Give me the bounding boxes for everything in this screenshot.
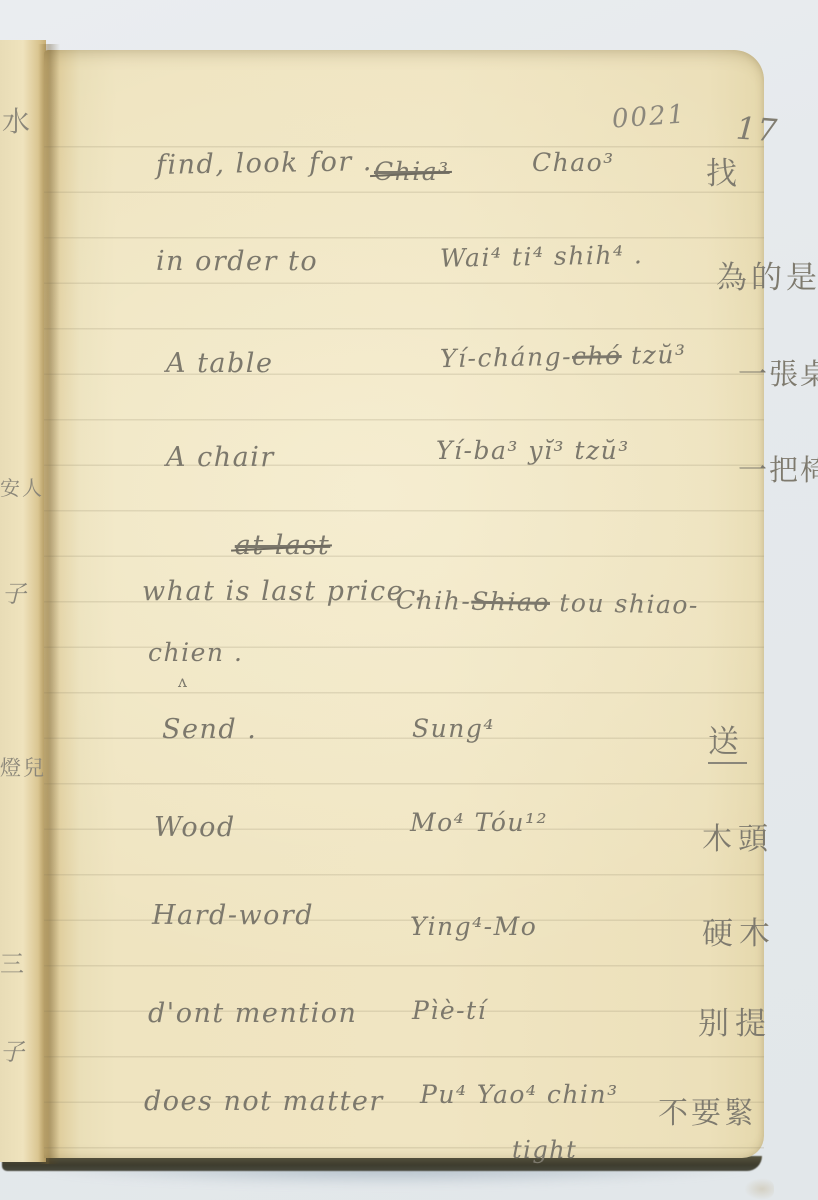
row-chinese: 木頭 (702, 814, 774, 858)
row-pinyin: Pu⁴ Yao⁴ chin³ (420, 1080, 619, 1109)
row-chinese: 不要緊 (658, 1088, 757, 1132)
margin-fragment: 水 (2, 100, 32, 140)
row-chinese: 找 (706, 148, 745, 193)
page-stack-edge (2, 1156, 762, 1171)
row-chinese: 一張桌子 (738, 352, 818, 393)
row-pinyin-struck: Shiao (471, 587, 550, 617)
row-english: A table (166, 348, 273, 379)
notebook-page: 0021 17 find, look for . Chia³ Chao³ 找 i… (44, 50, 764, 1158)
row-pinyin: Mo⁴ Tóu¹² (410, 808, 548, 837)
row-english: in order to (156, 246, 318, 277)
row-english: what is last price . (142, 576, 424, 607)
row-english: does not matter (144, 1086, 384, 1117)
row-chinese: 别提 (698, 998, 772, 1043)
row-pinyin: Sung⁴ (412, 714, 495, 743)
row-english: d'ont mention (148, 998, 357, 1029)
row-pinyin-post: tou shiao- (550, 588, 699, 620)
row-pinyin-struck: chó (572, 341, 622, 371)
corner-wear-mark (744, 1178, 774, 1200)
row-pinyin-post: tzŭ³ (621, 340, 686, 370)
margin-fragment: 子 (0, 1032, 26, 1067)
row-pinyin: Pìè-tí (412, 996, 487, 1025)
insertion-caret: ʌ (178, 672, 187, 691)
gutter-crease (38, 44, 60, 1164)
row-english: Hard-word (152, 900, 314, 931)
row-pinyin-struck: Chia³ (374, 157, 450, 186)
row-english: Send . (162, 714, 257, 745)
notebook-scan: 0021 17 find, look for . Chia³ Chao³ 找 i… (0, 0, 818, 1200)
archive-stamp: 0021 (611, 99, 687, 134)
row-pinyin: Yí-cháng-chó tzŭ³ (440, 340, 687, 373)
row-english: A chair (166, 442, 275, 473)
row-chinese: 送 (708, 716, 747, 764)
row-pinyin: Chih-Shiao tou shiao- (396, 585, 699, 619)
gloss-annotation: tight (512, 1136, 577, 1164)
row-pinyin-pre: Yí-cháng- (440, 342, 573, 373)
ruled-lines (44, 102, 764, 1152)
margin-fragment: 安人 (0, 472, 44, 501)
margin-fragment: 子 (2, 574, 28, 609)
margin-fragment: 三 (0, 944, 26, 979)
row-pinyin: Chao³ (532, 148, 615, 177)
row-pinyin: Ying⁴-Mo (410, 912, 537, 941)
row-pinyin: Yí-ba³ yĭ³ tzŭ³ (436, 436, 630, 465)
row-chinese: 一把椅子 (738, 448, 818, 489)
row-english-struck: at last (235, 530, 330, 561)
row-chinese: 為的是 (716, 252, 818, 297)
page-number: 17 (735, 111, 780, 150)
row-pinyin-line2: chien . (148, 638, 243, 667)
row-pinyin-pre: Chih- (396, 585, 472, 615)
row-chinese: 硬木 (702, 908, 776, 953)
row-pinyin: Wai⁴ ti⁴ shih⁴ . (440, 240, 644, 273)
margin-fragment: 燈兒 (0, 752, 46, 782)
row-english: Wood (154, 812, 236, 843)
row-english: find, look for . (156, 146, 373, 181)
